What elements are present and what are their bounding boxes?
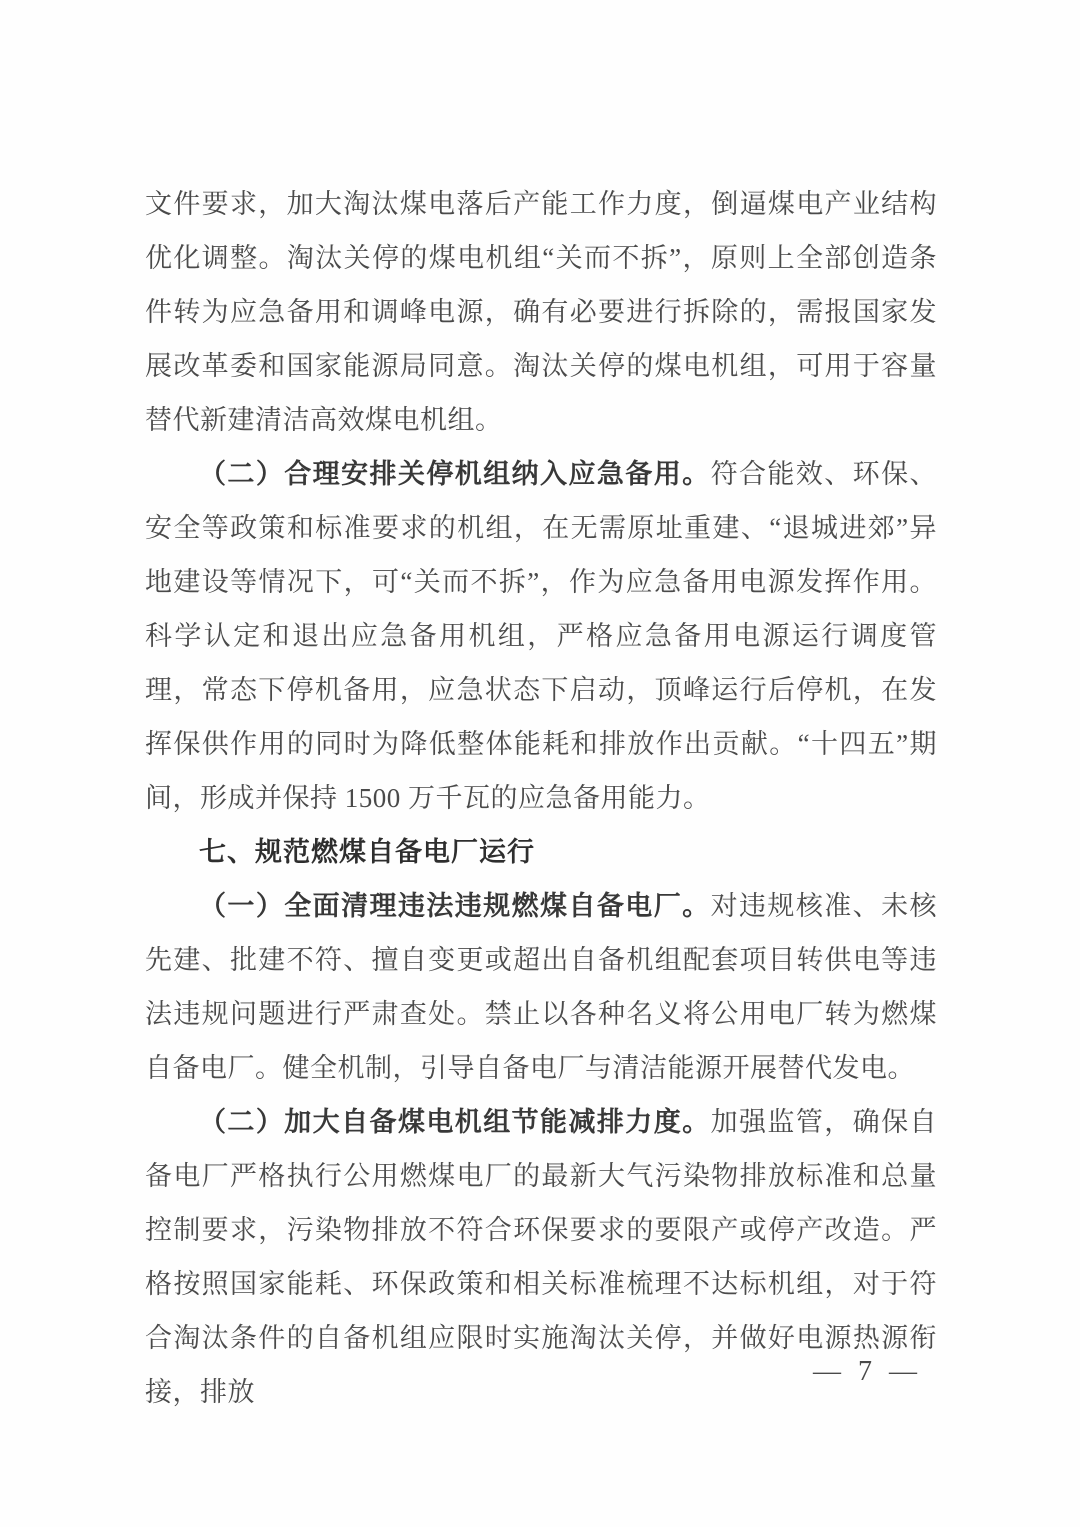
paragraph: 七、规范燃煤自备电厂运行: [145, 825, 937, 879]
paragraph-text: 文件要求，加大淘汰煤电落后产能工作力度，倒逼煤电产业结构优化调整。淘汰关停的煤电…: [145, 189, 937, 435]
paragraph-lead: （二）加大自备煤电机组节能减排力度。: [199, 1107, 711, 1137]
document-body: 文件要求，加大淘汰煤电落后产能工作力度，倒逼煤电产业结构优化调整。淘汰关停的煤电…: [145, 177, 937, 1419]
paragraph: 文件要求，加大淘汰煤电落后产能工作力度，倒逼煤电产业结构优化调整。淘汰关停的煤电…: [145, 177, 937, 447]
paragraph-lead: （二）合理安排关停机组纳入应急备用。: [199, 459, 711, 489]
paragraph-text: 七、规范燃煤自备电厂运行: [199, 837, 535, 867]
paragraph-lead: （一）全面清理违法违规燃煤自备电厂。: [199, 891, 711, 921]
paragraph-text: 符合能效、环保、安全等政策和标准要求的机组，在无需原址重建、“退城进郊”异地建设…: [145, 459, 937, 813]
document-page: 文件要求，加大淘汰煤电落后产能工作力度，倒逼煤电产业结构优化调整。淘汰关停的煤电…: [0, 0, 1080, 1527]
paragraph: （二）合理安排关停机组纳入应急备用。符合能效、环保、安全等政策和标准要求的机组，…: [145, 447, 937, 825]
paragraph: （一）全面清理违法违规燃煤自备电厂。对违规核准、未核先建、批建不符、擅自变更或超…: [145, 879, 937, 1095]
page-number: — 7 —: [813, 1352, 922, 1392]
